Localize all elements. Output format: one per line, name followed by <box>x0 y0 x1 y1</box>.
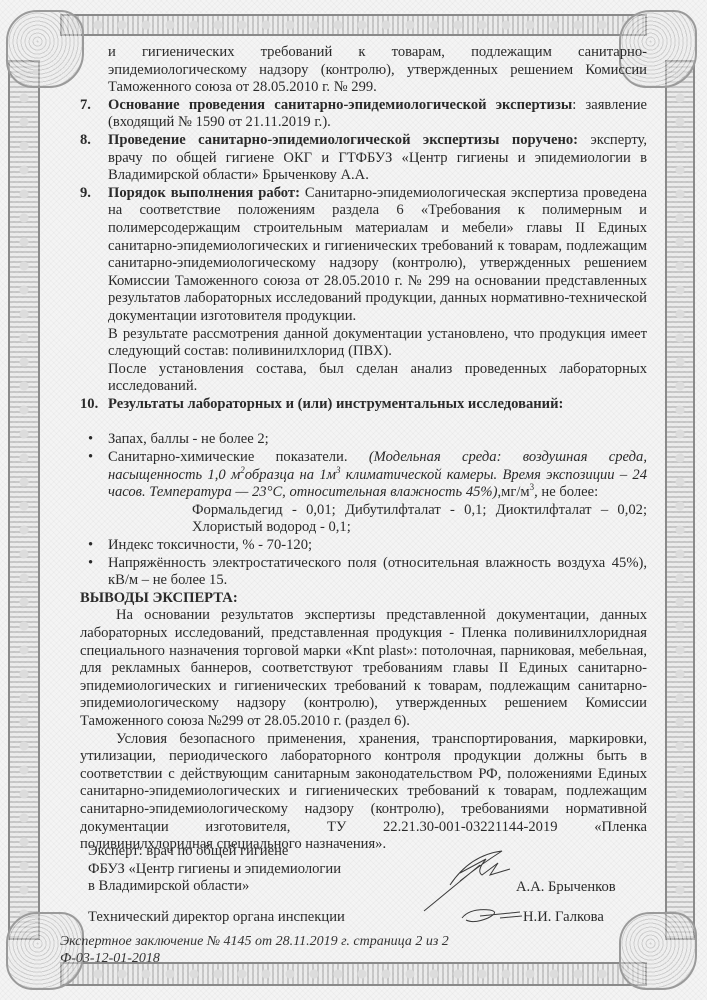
item-7: 7. Основание проведения санитарно-эпидем… <box>80 97 647 132</box>
bullet-icon: • <box>88 449 93 467</box>
expert-info: Эксперт: врач по общей гигиене ФБУЗ «Цен… <box>88 843 341 896</box>
item-10: 10. Результаты лабораторных и (или) инст… <box>80 396 647 414</box>
corner-ornament-top-left <box>6 10 84 88</box>
item-9-composition: В результате рассмотрения данной докумен… <box>108 326 647 361</box>
item-text: Санитарно-эпидемиологическая экспертиза … <box>108 185 647 324</box>
decorative-border-right <box>665 60 695 940</box>
results-list: • Запах, баллы - не более 2; • Санитарно… <box>80 431 647 501</box>
page-footer: Экспертное заключение № 4145 от 28.11.20… <box>60 933 449 967</box>
item-number: 8. <box>80 132 91 150</box>
result-toxicity: • Индекс токсичности, % - 70-120; <box>80 537 647 555</box>
bullet-icon: • <box>88 537 93 555</box>
director-signature-icon <box>460 902 530 926</box>
decorative-border-top <box>60 14 647 36</box>
bullet-icon: • <box>88 555 93 573</box>
item-8: 8. Проведение санитарно-эпидемиологическ… <box>80 132 647 185</box>
document-body: и гигиенических требований к товарам, по… <box>80 44 647 854</box>
conclusion-paragraph-2: Условия безопасного применения, хранения… <box>80 731 647 854</box>
footer-form-code: Ф-03-12-01-2018 <box>60 950 449 967</box>
bullet-icon: • <box>88 431 93 449</box>
result-electrostatic: • Напряжённость электростатического поля… <box>80 555 647 590</box>
conclusion-paragraph-1: На основании результатов экспертизы пред… <box>80 607 647 730</box>
item-9: 9. Порядок выполнения работ: Санитарно-э… <box>80 185 647 396</box>
item-label: Порядок выполнения работ: <box>108 185 300 201</box>
footer-conclusion-ref: Экспертное заключение № 4145 от 28.11.20… <box>60 933 449 950</box>
item-label: Проведение санитарно-эпидемиологической … <box>108 132 578 148</box>
conclusions-heading: ВЫВОДЫ ЭКСПЕРТА: <box>80 590 647 608</box>
results-list-cont: • Индекс токсичности, % - 70-120; • Напр… <box>80 537 647 590</box>
corner-ornament-bottom-right <box>619 912 697 990</box>
result-odor: • Запах, баллы - не более 2; <box>80 431 647 449</box>
result-sanitary-chemical: • Санитарно-химические показатели. (Моде… <box>80 449 647 502</box>
director-title: Технический директор органа инспекции <box>88 909 345 926</box>
item-label: Основание проведения санитарно-эпидемиол… <box>108 97 572 113</box>
chemical-limits: Формальдегид - 0,01; Дибутилфталат - 0,1… <box>80 502 647 537</box>
item-number: 7. <box>80 97 91 115</box>
expert-name: А.А. Брыченков <box>516 879 616 896</box>
item-number: 10. <box>80 396 98 414</box>
director-name: Н.И. Галкова <box>523 909 604 926</box>
item-9-analysis: После установления состава, был сделан а… <box>108 361 647 396</box>
decorative-border-left <box>8 60 40 940</box>
item-number: 9. <box>80 185 91 203</box>
intro-continuation: и гигиенических требований к товарам, по… <box>80 44 647 97</box>
item-label: Результаты лабораторных и (или) инструме… <box>108 396 647 414</box>
